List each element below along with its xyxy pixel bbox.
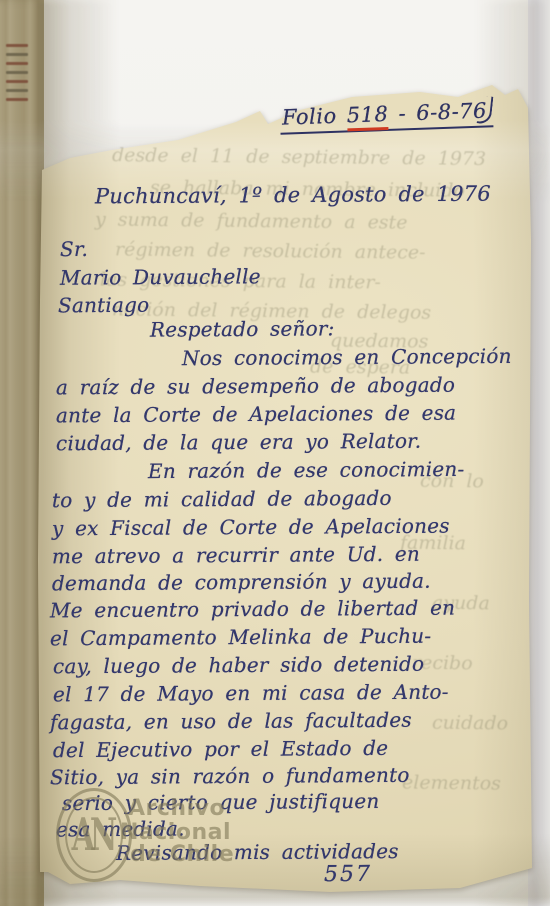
- bleedthrough-line: cuidado: [432, 712, 508, 735]
- letter-line: Nos conocimos en Concepción: [182, 344, 512, 370]
- letter-line: el 17 de Mayo en mi casa de Anto-: [53, 680, 449, 707]
- letter-line: y ex Fiscal de Corte de Apelaciones: [52, 514, 450, 541]
- bleedthrough-line: régimen de resolución antece-: [115, 238, 426, 263]
- letter-recipient: Mario Duvauchelle: [60, 264, 261, 289]
- letter-line: Sitio, ya sin razón o fundamento: [50, 763, 410, 790]
- emblem-monogram: AN: [72, 809, 117, 862]
- letter-line: a raíz de su desempeño de abogado: [56, 373, 455, 400]
- watermark-text-dechile: de Chile: [130, 842, 234, 867]
- letter-line: Sr.: [60, 237, 88, 261]
- folio-number: 518: [346, 102, 389, 131]
- scanned-letter-screenshot: desde el 11 de septiembre de 1973 se hal…: [0, 0, 550, 906]
- folio-date: - 6-8-76: [398, 99, 487, 126]
- letter-city: Santiago: [58, 293, 149, 318]
- letter-line: En razón de ese conocimien-: [148, 457, 465, 483]
- letter-line: cay, luego de haber sido detenido: [53, 652, 424, 679]
- bleedthrough-line: y suma de fundamento a este: [95, 208, 408, 233]
- letter-line: Me encuentro privado de libertad en: [50, 596, 455, 623]
- letter-line: del Ejecutivo por el Estado de: [53, 736, 388, 762]
- letter-page-wrap: desde el 11 de septiembre de 1973 se hal…: [0, 0, 550, 906]
- folio-label: Folio: [282, 104, 337, 130]
- letter-line: ciudad, de la que era yo Relator.: [56, 429, 421, 456]
- letter-line: me atrevo a recurrir ante Ud. en: [52, 542, 420, 569]
- page-number: 557: [324, 862, 372, 887]
- bleedthrough-line: elementos: [402, 771, 501, 794]
- letter-line: fagasta, en uso de las facultades: [50, 708, 412, 735]
- letter-line: el Campamento Melinka de Puchu-: [50, 624, 431, 651]
- letter-line: to y de mi calidad de abogado: [52, 486, 392, 512]
- letter-date-line: Puchuncaví, 1º de Agosto de 1976: [95, 182, 491, 209]
- bleedthrough-line: desde el 11 de septiembre de 1973: [112, 144, 486, 170]
- letter-line: demanda de comprensión y ayuda.: [52, 569, 431, 596]
- letter-salutation: Respetado señor:: [150, 316, 335, 341]
- watermark-text-archivo: Archivo: [128, 796, 225, 821]
- emblem-inner-ring: AN: [65, 797, 123, 873]
- letter-line: ante la Corte de Apelaciones de esa: [56, 401, 456, 428]
